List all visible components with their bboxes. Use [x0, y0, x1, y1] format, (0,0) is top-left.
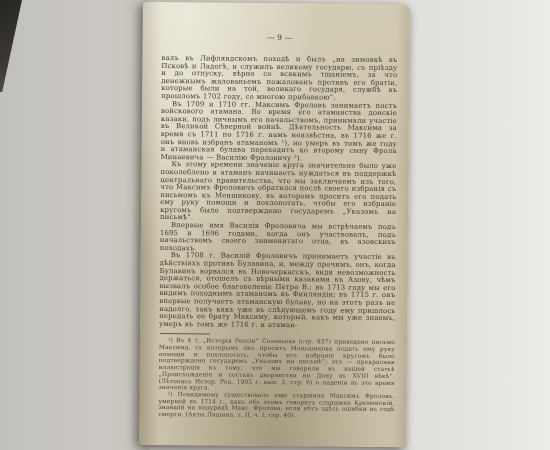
- paragraph: Въ 1709 и 1710 гг. Максимъ Фроловъ заним…: [161, 101, 398, 164]
- paragraph: Впервые имя Василія Фроловича мы встрѣча…: [160, 222, 396, 254]
- paragraph: валъ въ Лифляндскомъ походѣ и былъ „на з…: [161, 55, 397, 103]
- footnotes: ¹) Въ 4 т. „Исторія Россіи“ Соловьева (с…: [158, 338, 395, 420]
- paragraph: Къ этому времени значеніе круга значител…: [160, 161, 397, 224]
- background-surface: [0, 0, 150, 450]
- footnote: ¹) Въ 4 т. „Исторія Россіи“ Соловьева (с…: [159, 338, 395, 394]
- scanned-book-photo: — 9 — валъ въ Лифляндскомъ походѣ и былъ…: [0, 0, 550, 450]
- footnote: ²) Повидимому существовалъ еще старшина …: [158, 392, 394, 421]
- body-text: валъ въ Лифляндскомъ походѣ и былъ „на з…: [159, 55, 397, 330]
- page-number: — 9 —: [162, 32, 398, 43]
- text-column: — 9 — валъ въ Лифляндскомъ походѣ и былъ…: [158, 32, 397, 421]
- footnote-separator: [160, 333, 210, 334]
- paragraph: Въ 1708 г. Василій Фроловичъ принимаетъ …: [159, 252, 396, 330]
- book-page: — 9 — валъ въ Лифляндскомъ походѣ и былъ…: [139, 2, 410, 447]
